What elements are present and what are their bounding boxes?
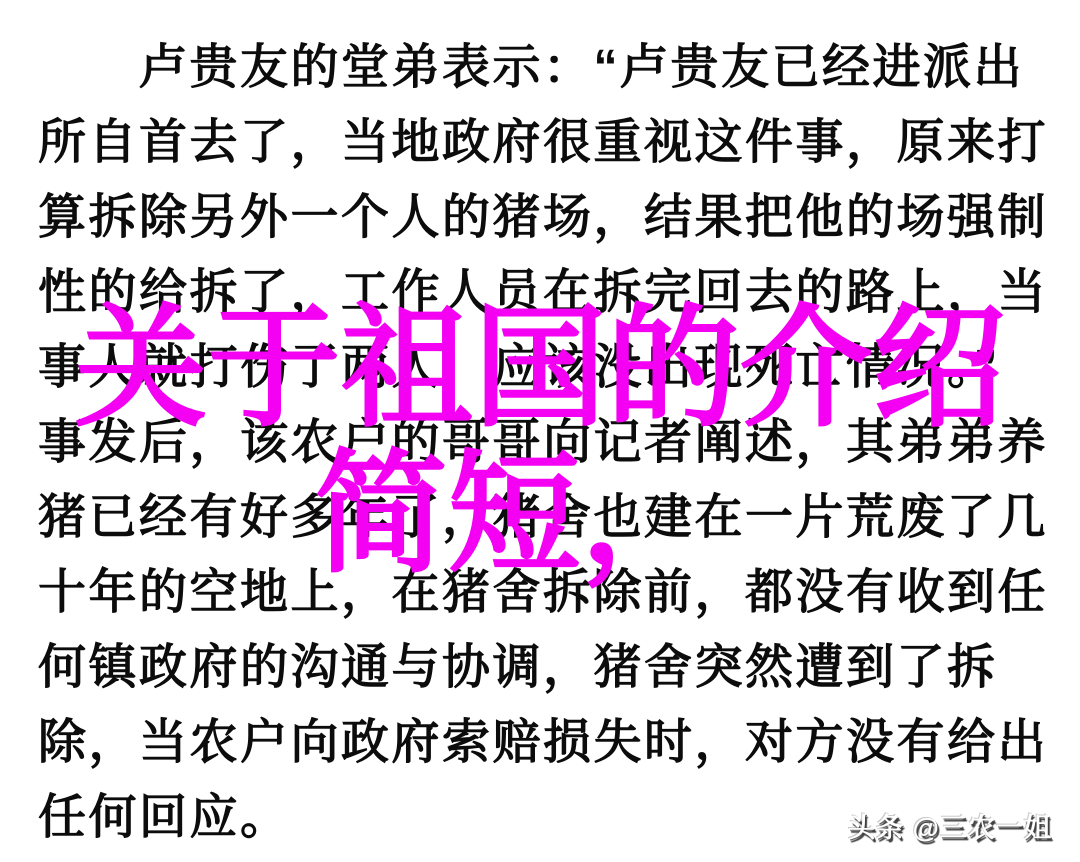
article-line: 事发后，该农户的哥哥向记者阐述，其弟弟养 (38, 405, 1048, 480)
article-line: 十年的空地上，在猪舍拆除前，都没有收到任 (38, 555, 1048, 630)
article-line: 何镇政府的沟通与协调，猪舍突然遭到了拆 (38, 630, 1048, 705)
article-line: 所自首去了，当地政府很重视这件事，原来打 (38, 105, 1048, 180)
article-line: 除，当农户向政府索赔损失时，对方没有给出 (38, 705, 1048, 780)
article-text-block: 卢贵友的堂弟表示：“卢贵友已经进派出 所自首去了，当地政府很重视这件事，原来打 … (38, 30, 1048, 855)
article-line: 事人就打伤了两人，应该没出现死亡情况。” (38, 330, 1048, 405)
article-line: 性的给拆了，工作人员在拆完回去的路上，当 (38, 255, 1048, 330)
toutiao-author-watermark: 头条 @三农一姐 (848, 806, 1052, 845)
article-line: 算拆除另外一个人的猪场，结果把他的场强制 (38, 180, 1048, 255)
article-line: 猪已经有好多年了，猪舍也建在一片荒废了几 (38, 480, 1048, 555)
article-line: 卢贵友的堂弟表示：“卢贵友已经进派出 (38, 30, 1048, 105)
